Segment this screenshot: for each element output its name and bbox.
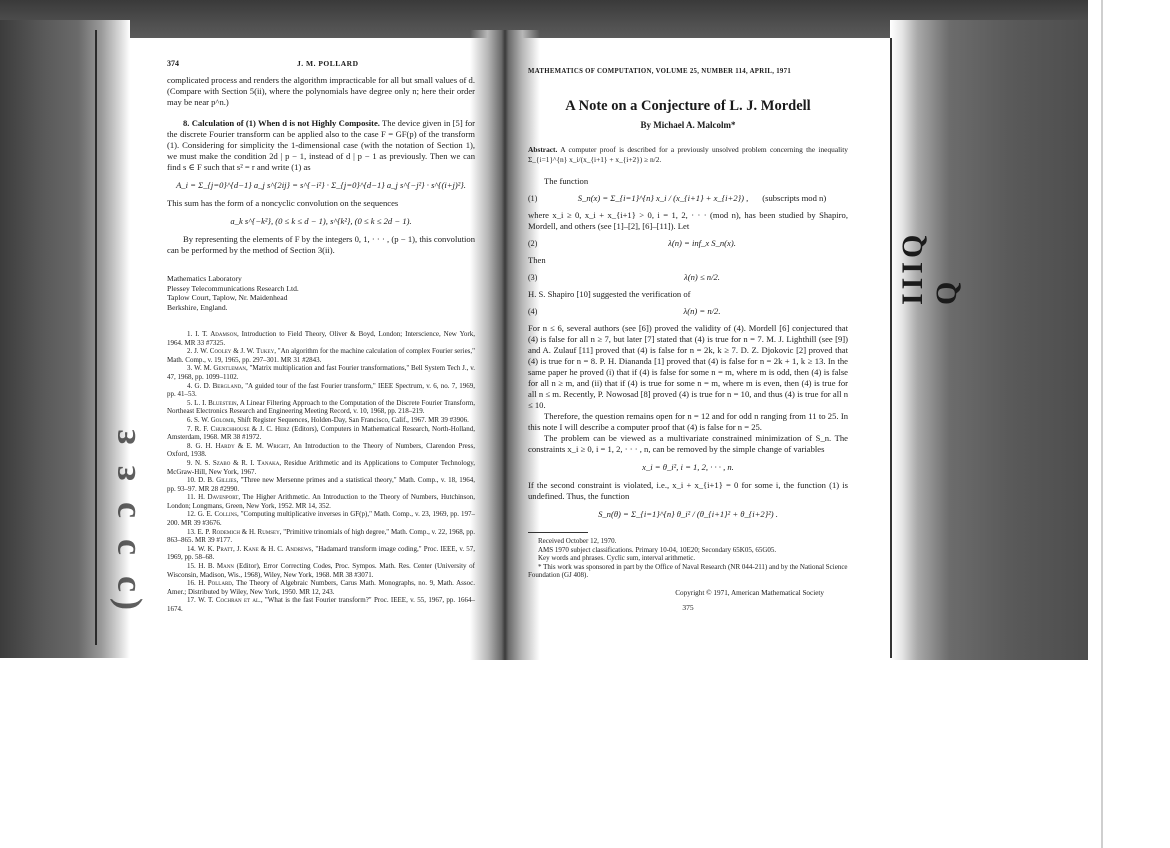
reference-item: 10. D. B. Gillies, "Three new Mersenne p… bbox=[167, 476, 475, 493]
address-line: Berkshire, England. bbox=[167, 303, 475, 313]
reference-authors: H. Davenport bbox=[198, 493, 238, 501]
reference-item: 14. W. K. Pratt, J. Kane & H. C. Andrews… bbox=[167, 545, 475, 562]
address-line: Taplow Court, Taplow, Nr. Maidenhead bbox=[167, 293, 475, 303]
after-equation-1: where x_i ≥ 0, x_i + x_{i+1} > 0, i = 1,… bbox=[528, 210, 848, 232]
running-head-left: 374 J. M. POLLARD bbox=[167, 58, 475, 69]
footnotes: Received October 12, 1970.AMS 1970 subje… bbox=[528, 537, 848, 580]
reference-authors: G. E. Collins bbox=[198, 510, 237, 518]
reference-number: 16. bbox=[187, 579, 198, 587]
footnote-divider bbox=[528, 532, 588, 533]
opening-paragraph: complicated process and renders the algo… bbox=[167, 75, 475, 108]
reference-item: 8. G. H. Hardy & E. M. Wright, An Introd… bbox=[167, 442, 475, 459]
section-heading: 8. Calculation of (1) When d is not High… bbox=[183, 118, 380, 128]
page-number-left: 374 bbox=[167, 58, 297, 69]
reference-item: 16. H. Pollard, The Theory of Algebraic … bbox=[167, 579, 475, 596]
bleed-through-text-left: (ɔ ɔ ɔ ɛ ɛ bbox=[102, 190, 126, 610]
reference-item: 2. J. W. Cooley & J. W. Tukey, "An algor… bbox=[167, 347, 475, 364]
reference-authors: H. Pollard bbox=[198, 579, 232, 587]
minimization-paragraph: The problem can be viewed as a multivari… bbox=[528, 433, 848, 455]
equation-body: λ(n) = inf_x S_n(x). bbox=[556, 238, 848, 249]
footnote: Key words and phrases. Cyclic sum, inter… bbox=[528, 554, 848, 563]
reference-number: 12. bbox=[187, 510, 198, 518]
equation-note: (subscripts mod n) bbox=[762, 193, 826, 203]
abstract-text: A computer proof is described for a prev… bbox=[528, 145, 848, 164]
reference-number: 10. bbox=[187, 476, 198, 484]
reference-number: 15. bbox=[187, 562, 198, 570]
reference-number: 1. bbox=[187, 330, 195, 338]
section-8-paragraph: 8. Calculation of (1) When d is not High… bbox=[167, 118, 475, 173]
reference-authors: L. I. Bluestein bbox=[194, 399, 236, 407]
reference-authors: S. W. Golomb bbox=[194, 416, 234, 424]
right-page: MATHEMATICS OF COMPUTATION, VOLUME 25, N… bbox=[528, 66, 848, 613]
scan-right-edge-shadow bbox=[890, 20, 1088, 660]
reference-item: 11. H. Davenport, The Higher Arithmetic.… bbox=[167, 493, 475, 510]
equation-number: (3) bbox=[528, 272, 556, 283]
reference-number: 17. bbox=[187, 596, 198, 604]
reference-item: 6. S. W. Golomb, Shift Register Sequence… bbox=[167, 416, 475, 425]
reference-item: 15. H. B. Mann (Editor), Error Correctin… bbox=[167, 562, 475, 579]
journal-header: MATHEMATICS OF COMPUTATION, VOLUME 25, N… bbox=[528, 66, 848, 77]
reference-authors: G. D. Bergland bbox=[195, 382, 242, 390]
reference-authors: R. F. Churchhouse & J. C. Herz bbox=[195, 425, 290, 433]
reference-authors: I. T. Adamson bbox=[195, 330, 237, 338]
reference-item: 3. W. M. Gentleman, "Matrix multiplicati… bbox=[167, 364, 475, 381]
equation-A-i: A_i = Σ_{j=0}^{d−1} a_j s^{2ij} = s^{−i²… bbox=[167, 180, 475, 191]
references-list: 1. I. T. Adamson, Introduction to Field … bbox=[167, 330, 475, 614]
footnote: * This work was sponsored in part by the… bbox=[528, 563, 848, 580]
reference-authors: G. H. Hardy & E. M. Wright bbox=[195, 442, 288, 450]
equation-2: (2) λ(n) = inf_x S_n(x). bbox=[528, 238, 848, 249]
theta-equation: S_n(θ) = Σ_{i=1}^{n} θ_i² / (θ_{i+1}² + … bbox=[528, 509, 848, 520]
violation-paragraph: If the second constraint is violated, i.… bbox=[528, 480, 848, 502]
abstract-label: Abstract. bbox=[528, 145, 557, 154]
equation-number: (2) bbox=[528, 238, 556, 249]
open-question-paragraph: Therefore, the question remains open for… bbox=[528, 411, 848, 433]
reference-number: 13. bbox=[187, 528, 198, 536]
reference-number: 9. bbox=[187, 459, 195, 467]
equation-4: (4) λ(n) = n/2. bbox=[528, 306, 848, 317]
reference-item: 12. G. E. Collins, "Computing multiplica… bbox=[167, 510, 475, 527]
scanner-bed-edge bbox=[1101, 0, 1103, 848]
reference-number: 6. bbox=[187, 416, 194, 424]
equation-body: S_n(x) = Σ_{i=1}^{n} x_i / (x_{i+1} + x_… bbox=[578, 193, 748, 203]
reference-item: 4. G. D. Bergland, "A guided tour of the… bbox=[167, 382, 475, 399]
reference-number: 7. bbox=[187, 425, 195, 433]
reference-authors: N. S. Szabo & R. I. Tanaka bbox=[195, 459, 279, 467]
reference-number: 4. bbox=[187, 382, 195, 390]
change-of-variables: x_i = θ_i², i = 1, 2, · · · , n. bbox=[528, 462, 848, 473]
closing-paragraph: By representing the elements of F by the… bbox=[167, 234, 475, 256]
author-address: Mathematics LaboratoryPlessey Telecommun… bbox=[167, 274, 475, 312]
reference-authors: D. B. Gillies bbox=[198, 476, 236, 484]
reference-authors: W. K. Pratt, J. Kane & H. C. Andrews bbox=[198, 545, 312, 553]
page-number-right: 375 bbox=[528, 602, 848, 613]
equation-number: (1) bbox=[528, 193, 556, 204]
byline: By Michael A. Malcolm* bbox=[528, 120, 848, 131]
reference-item: 1. I. T. Adamson, Introduction to Field … bbox=[167, 330, 475, 347]
reference-details: , Shift Register Sequences, Holden-Day, … bbox=[234, 416, 469, 424]
sequences-line: a_k s^{−k²}, (0 ≤ k ≤ d − 1), s^{k²}, (0… bbox=[167, 216, 475, 227]
paper-title: A Note on a Conjecture of L. J. Mordell bbox=[528, 101, 848, 112]
copyright-notice: Copyright © 1971, American Mathematical … bbox=[528, 588, 848, 599]
equation-body: λ(n) = n/2. bbox=[556, 306, 848, 317]
reference-number: 14. bbox=[187, 545, 198, 553]
then-word: Then bbox=[528, 255, 848, 266]
reference-authors: W. T. Cochran et al. bbox=[198, 596, 261, 604]
left-edge-line bbox=[95, 30, 97, 645]
right-edge-line bbox=[890, 38, 892, 658]
reference-item: 9. N. S. Szabo & R. I. Tanaka, Residue A… bbox=[167, 459, 475, 476]
equation-3: (3) λ(n) ≤ n/2. bbox=[528, 272, 848, 283]
reference-item: 5. L. I. Bluestein, A Linear Filtering A… bbox=[167, 399, 475, 416]
running-head-author: J. M. POLLARD bbox=[297, 58, 359, 69]
reference-number: 11. bbox=[187, 493, 198, 501]
address-line: Plessey Telecommunications Research Ltd. bbox=[167, 284, 475, 294]
reference-authors: W. M. Gentleman bbox=[194, 364, 246, 372]
left-page: 374 J. M. POLLARD complicated process an… bbox=[167, 58, 475, 614]
footnote: AMS 1970 subject classifications. Primar… bbox=[528, 546, 848, 555]
history-paragraph: For n ≤ 6, several authors (see [6]) pro… bbox=[528, 323, 848, 411]
reference-authors: E. P. Rodemich & H. Rumsey bbox=[198, 528, 280, 536]
reference-item: 17. W. T. Cochran et al., "What is the f… bbox=[167, 596, 475, 613]
reference-item: 13. E. P. Rodemich & H. Rumsey, "Primiti… bbox=[167, 528, 475, 545]
address-line: Mathematics Laboratory bbox=[167, 274, 475, 284]
shapiro-line: H. S. Shapiro [10] suggested the verific… bbox=[528, 289, 848, 300]
equation-body: λ(n) ≤ n/2. bbox=[556, 272, 848, 283]
reference-item: 7. R. F. Churchhouse & J. C. Herz (Edito… bbox=[167, 425, 475, 442]
bleed-through-text-right: IIIQ Q bbox=[896, 205, 918, 305]
equation-1: (1) S_n(x) = Σ_{i=1}^{n} x_i / (x_{i+1} … bbox=[528, 193, 848, 204]
intro-line: The function bbox=[528, 176, 848, 187]
abstract: Abstract. A computer proof is described … bbox=[528, 145, 848, 164]
footnote: Received October 12, 1970. bbox=[528, 537, 848, 546]
reference-authors: J. W. Cooley & J. W. Tukey bbox=[194, 347, 274, 355]
convolution-intro: This sum has the form of a noncyclic con… bbox=[167, 198, 475, 209]
equation-number: (4) bbox=[528, 306, 556, 317]
reference-authors: H. B. Mann bbox=[198, 562, 234, 570]
